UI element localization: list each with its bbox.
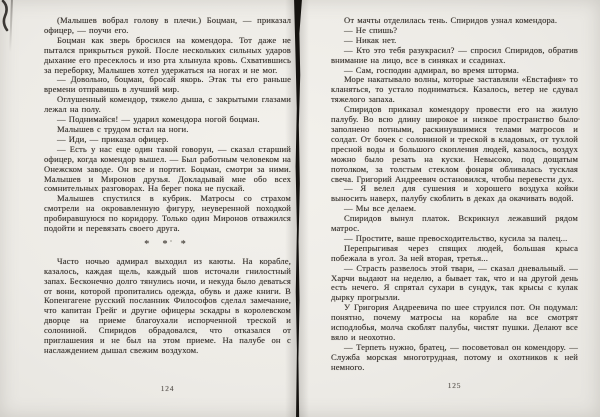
paragraph: Боцман как зверь бросился на комендора. … [44, 36, 291, 76]
scan-speck [577, 118, 580, 120]
book-scan-spread: (Малышев вобрал голову в плечи.) Боцман,… [0, 0, 600, 417]
paragraph: Оглушенный комендор, тяжело дыша, с закр… [44, 95, 291, 115]
paragraph: (Малышев вобрал голову в плечи.) Боцман,… [44, 16, 291, 36]
dialogue-paragraph: — Страсть развелось этой твари, — сказал… [331, 264, 578, 304]
right-page-text: От мачты отделилась тень. Спиридов узнал… [331, 16, 578, 373]
scan-speck [170, 240, 172, 242]
dialogue-paragraph: — Довольно, боцман, бросай якорь. Этак т… [44, 75, 291, 95]
page-number-right: 125 [331, 381, 578, 390]
paragraph: Море накатывало волны, которые заставлял… [331, 75, 578, 105]
dialogue-paragraph: — Есть у нас еще один такой говорун, — с… [44, 145, 291, 195]
page-number-left: 124 [44, 384, 291, 393]
book-gutter-streak [291, 0, 305, 417]
dialogue-paragraph: — Терпеть нужно, братец, — посоветовал о… [331, 343, 578, 373]
dialogue-paragraph: — Кто это тебя разукрасил? — спросил Спи… [331, 46, 578, 66]
paragraph: У Григория Андреевича по шее струился по… [331, 303, 578, 343]
left-page-text: (Малышев вобрал голову в плечи.) Боцман,… [44, 16, 291, 356]
paragraph: Часто ночью адмирал выходил из каюты. На… [44, 257, 291, 356]
paragraph: Малышев спустился в кубрик. Матросы со с… [44, 194, 291, 234]
paragraph: Спиридов приказал комендору провести его… [331, 105, 578, 184]
paragraph: Перепрыгивая через спящих людей, большая… [331, 244, 578, 264]
book-gutter-shadow [285, 0, 309, 417]
paragraph: Спиридов вынул платок. Вскрикнул лежавши… [331, 214, 578, 234]
dialogue-paragraph: — Я велел для сушения и хорошего воздуха… [331, 184, 578, 204]
section-separator: * * * [44, 240, 291, 250]
